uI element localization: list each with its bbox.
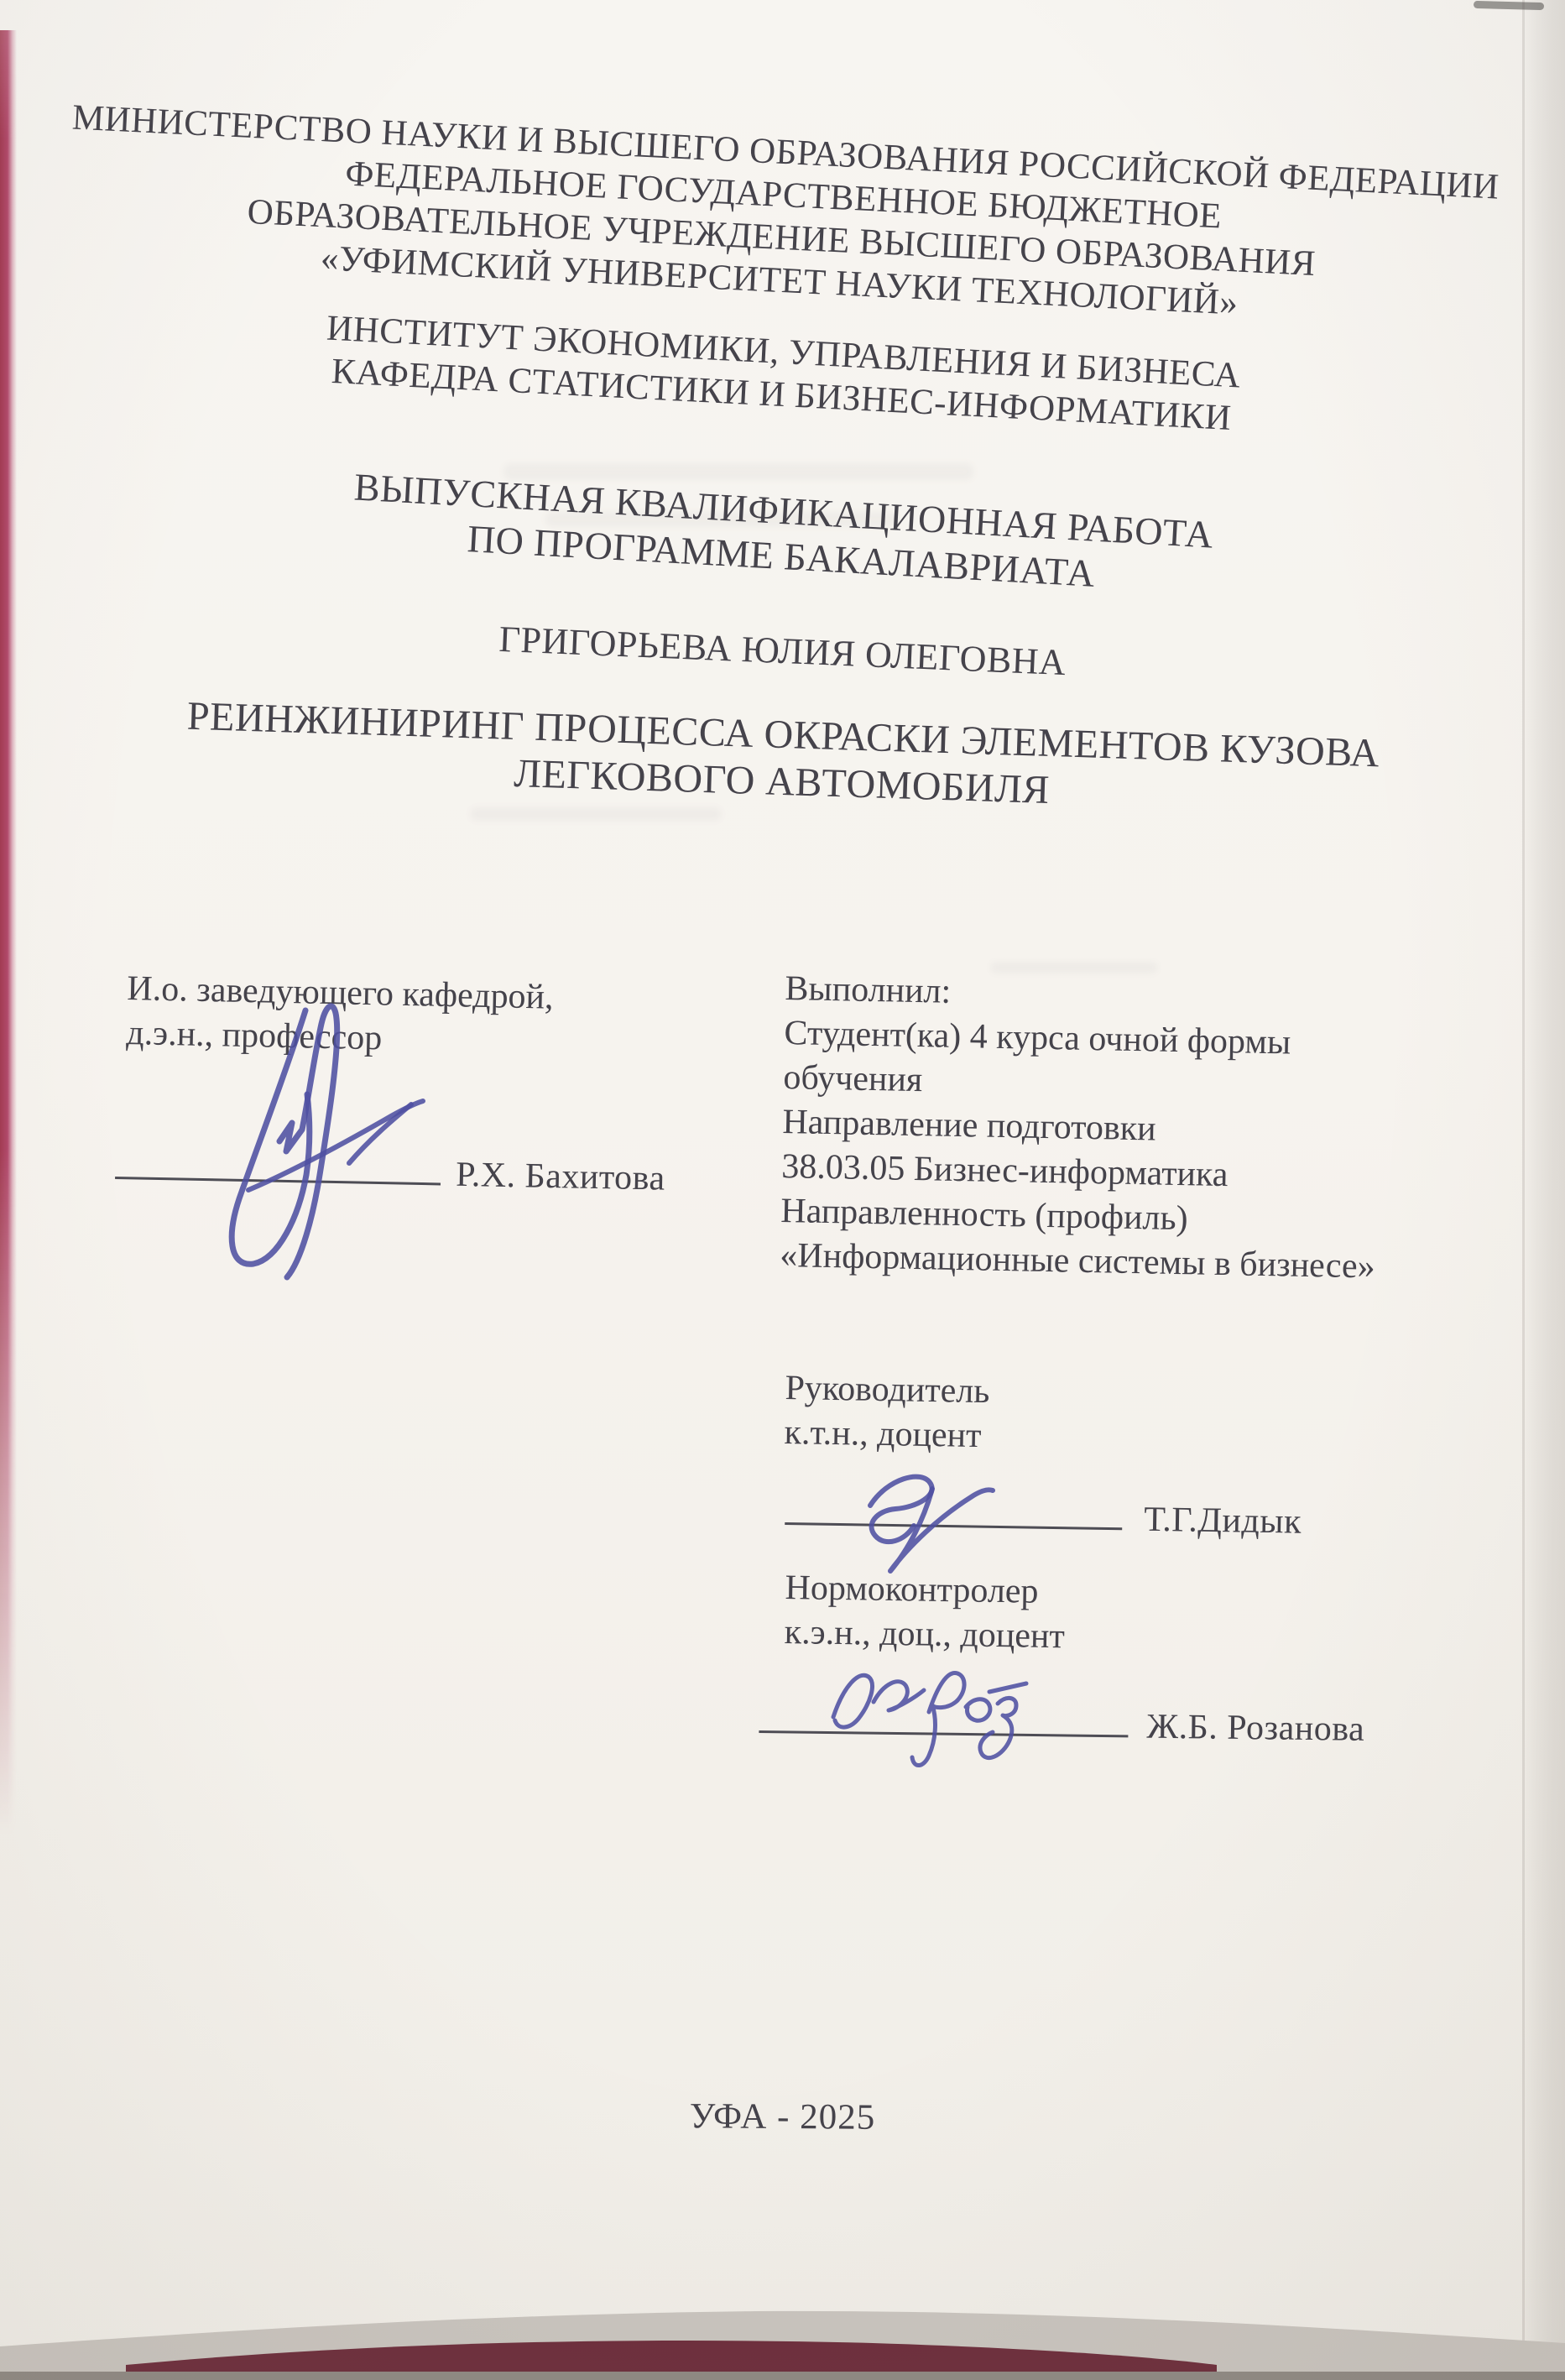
scanned-thesis-title-page: МИНИСТЕРСТВО НАУКИ И ВЫСШЕГО ОБРАЗОВАНИЯ… [0,0,1565,2380]
bleed-through-smudge [470,807,722,821]
thesis-title: РЕИНЖИНИРИНГ ПРОЦЕССА ОКРАСКИ ЭЛЕМЕНТОВ … [0,687,1565,831]
normcontroller-role-line: к.э.н., доц., доцент [784,1610,1065,1659]
signature-rozanova [810,1662,1036,1783]
city-year: УФА - 2025 [0,2090,1565,2143]
scan-smudge-top-right [1474,1,1544,10]
page-right-edge-band [1521,0,1565,2380]
page-right-fold-shadow [1522,0,1525,2380]
normcontroller-role-line: Нормоконтролер [785,1566,1066,1615]
normcontroller-block: Нормоконтролер к.э.н., доц., доцент [784,1566,1066,1659]
supervisor-block: Руководитель к.т.н., доцент [784,1366,990,1459]
page-bottom-edge [0,2266,1565,2380]
bottom-edge-shadow [0,2372,1565,2380]
normcontroller-name: Ж.Б. Розанова [1146,1708,1364,1749]
supervisor-role-line: Руководитель [785,1366,990,1414]
signature-bakhitova [200,997,435,1287]
supervisor-name: Т.Г.Дидык [1144,1501,1302,1542]
approver-name: Р.Х. Бахитова [456,1156,665,1198]
author-name: ГРИГОРЬЕВА ЮЛИЯ ОЛЕГОВНА [0,597,1565,705]
performer-block: Выполнил: Студент(ка) 4 курса очной форм… [780,967,1380,1290]
